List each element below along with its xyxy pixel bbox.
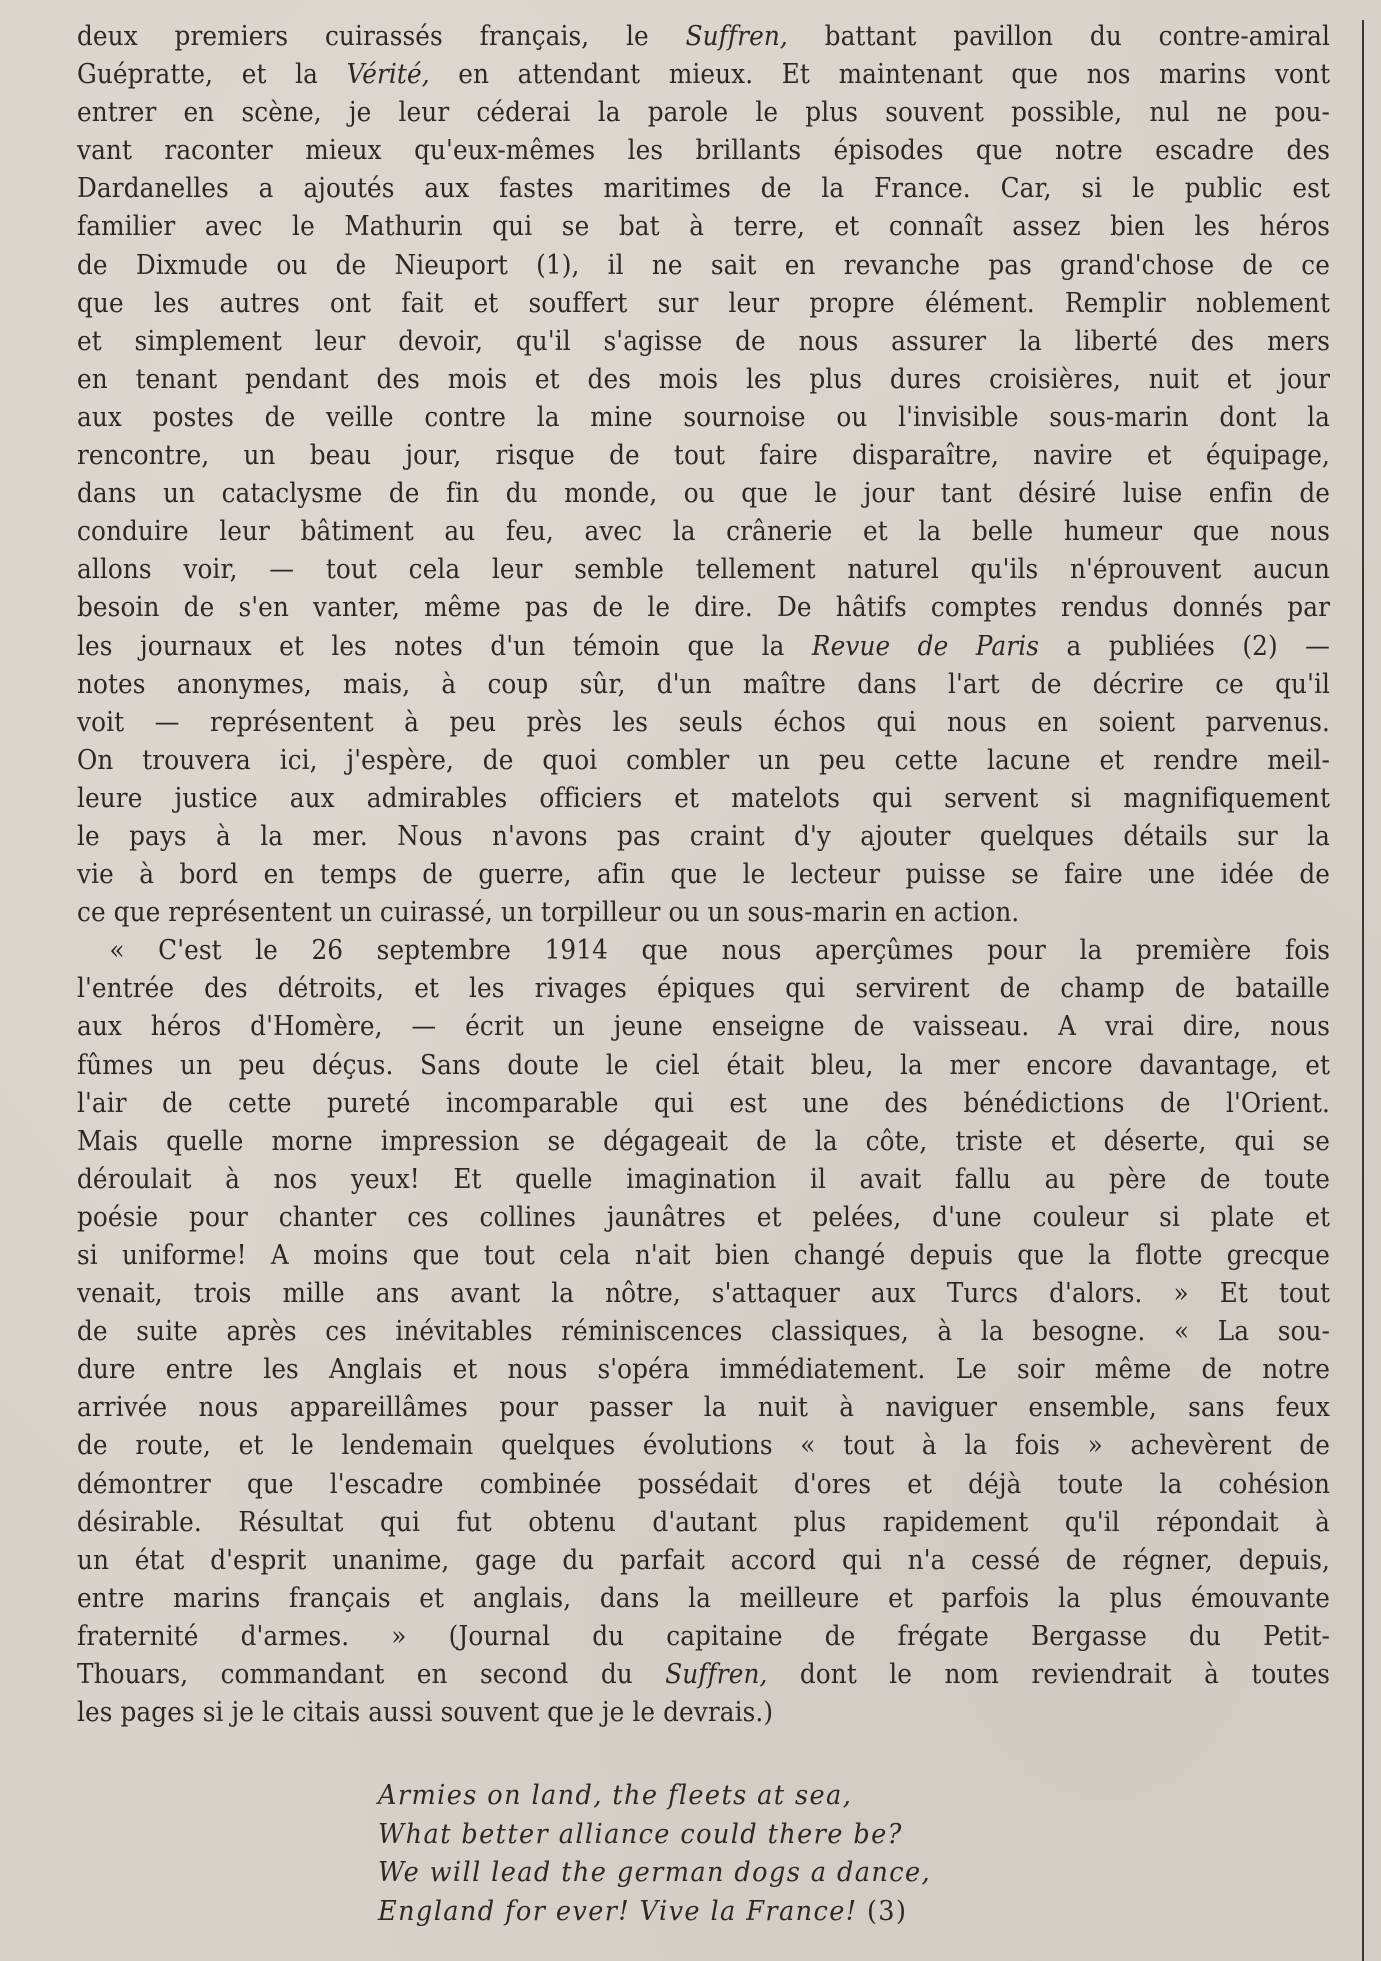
- text-line: fraternité d'armes. » (Journal du capita…: [77, 1617, 1330, 1655]
- margin-rule: [1362, 20, 1364, 1961]
- text-line-segment: entrer en scène, je leur céderai la paro…: [77, 96, 1330, 128]
- text-line-segment: vant raconter mieux qu'eux-mêmes les bri…: [77, 134, 1330, 166]
- text-line: dans un cataclysme de fin du monde, ou q…: [77, 474, 1330, 512]
- italic-title: Revue de Paris: [812, 630, 1039, 662]
- text-line-segment: Dardanelles a ajoutés aux fastes maritim…: [77, 172, 1330, 204]
- text-line: dure entre les Anglais et nous s'opéra i…: [77, 1350, 1330, 1388]
- text-line-segment: ce que représentent un cuirassé, un torp…: [77, 896, 1019, 928]
- text-line: « C'est le 26 septembre 1914 que nous ap…: [77, 931, 1330, 969]
- text-line: conduire leur bâtiment au feu, avec la c…: [77, 512, 1330, 550]
- verse-line: What better alliance could there be?: [378, 1815, 1029, 1854]
- text-line: vant raconter mieux qu'eux-mêmes les bri…: [77, 131, 1330, 169]
- text-line: l'entrée des détroits, et les rivages ép…: [77, 969, 1330, 1007]
- text-line-segment: déroulait à nos yeux! Et quelle imaginat…: [77, 1163, 1330, 1195]
- footnote-ref: (3): [857, 1895, 907, 1927]
- italic-title: Suffren,: [686, 20, 788, 52]
- text-line: de suite après ces inévitables réminisce…: [77, 1312, 1330, 1350]
- text-line-segment: entre marins français et anglais, dans l…: [77, 1582, 1330, 1614]
- text-line: Thouars, commandant en second du Suffren…: [77, 1655, 1330, 1693]
- text-line: aux héros d'Homère, — écrit un jeune ens…: [77, 1007, 1330, 1045]
- text-line-segment: dure entre les Anglais et nous s'opéra i…: [77, 1353, 1330, 1385]
- text-line: notes anonymes, mais, à coup sûr, d'un m…: [77, 665, 1330, 703]
- text-line-segment: le pays à la mer. Nous n'avons pas crain…: [77, 820, 1330, 852]
- text-line-segment: en attendant mieux. Et maintenant que no…: [430, 58, 1330, 90]
- text-line: en tenant pendant des mois et des mois l…: [77, 360, 1330, 398]
- text-line-segment: venait, trois mille ans avant la nôtre, …: [77, 1277, 1330, 1309]
- text-line: leure justice aux admirables officiers e…: [77, 779, 1330, 817]
- text-line-segment: un état d'esprit unanime, gage du parfai…: [77, 1544, 1330, 1576]
- text-line-segment: leure justice aux admirables officiers e…: [77, 782, 1330, 814]
- verse-text: What better alliance could there be?: [378, 1818, 903, 1850]
- text-line-segment: les pages si je le citais aussi souvent …: [77, 1696, 773, 1728]
- scanned-page: deux premiers cuirassés français, le Suf…: [0, 0, 1381, 1961]
- text-line-segment: Thouars, commandant en second du: [77, 1658, 665, 1690]
- text-line-segment: Mais quelle morne impression se dégageai…: [77, 1125, 1330, 1157]
- text-line-segment: On trouvera ici, j'espère, de quoi combl…: [77, 744, 1330, 776]
- text-line: deux premiers cuirassés français, le Suf…: [77, 17, 1330, 55]
- text-line: démontrer que l'escadre combinée posséda…: [77, 1465, 1330, 1503]
- text-line: voit — représentent à peu près les seuls…: [77, 703, 1330, 741]
- text-line: entrer en scène, je leur céderai la paro…: [77, 93, 1330, 131]
- text-line: le pays à la mer. Nous n'avons pas crain…: [77, 817, 1330, 855]
- text-line: On trouvera ici, j'espère, de quoi combl…: [77, 741, 1330, 779]
- text-line-segment: « C'est le 26 septembre 1914 que nous ap…: [109, 934, 1330, 966]
- text-line-segment: l'air de cette pureté incomparable qui e…: [77, 1087, 1330, 1119]
- text-line-segment: aux postes de veille contre la mine sour…: [77, 401, 1330, 433]
- text-line-segment: besoin de s'en vanter, même pas de le di…: [77, 591, 1330, 623]
- text-line-segment: que les autres ont fait et souffert sur …: [77, 287, 1330, 319]
- text-line: poésie pour chanter ces collines jaunâtr…: [77, 1198, 1330, 1236]
- text-line: que les autres ont fait et souffert sur …: [77, 284, 1330, 322]
- text-line: fûmes un peu déçus. Sans doute le ciel é…: [77, 1046, 1330, 1084]
- text-line: les pages si je le citais aussi souvent …: [77, 1693, 1330, 1731]
- text-line-segment: de Dixmude ou de Nieuport (1), il ne sai…: [77, 249, 1330, 281]
- text-line-segment: arrivée nous appareillâmes pour passer l…: [77, 1391, 1330, 1423]
- text-line-segment: les journaux et les notes d'un témoin qu…: [77, 630, 812, 662]
- text-line-segment: vie à bord en temps de guerre, afin que …: [77, 858, 1330, 890]
- text-line: Dardanelles a ajoutés aux fastes maritim…: [77, 169, 1330, 207]
- text-line-segment: désirable. Résultat qui fut obtenu d'aut…: [77, 1506, 1330, 1538]
- text-line-segment: fûmes un peu déçus. Sans doute le ciel é…: [77, 1049, 1330, 1081]
- text-line-segment: en tenant pendant des mois et des mois l…: [77, 363, 1330, 395]
- italic-title: Suffren,: [665, 1658, 767, 1690]
- text-line: Mais quelle morne impression se dégageai…: [77, 1122, 1330, 1160]
- text-line: ce que représentent un cuirassé, un torp…: [77, 893, 1330, 931]
- verse-text: Armies on land, the fleets at sea,: [378, 1779, 852, 1811]
- verse-quote: Armies on land, the fleets at sea,What b…: [378, 1776, 1078, 1930]
- text-line-segment: battant pavillon du contre-amiral: [788, 20, 1330, 52]
- text-line-segment: de suite après ces inévitables réminisce…: [77, 1315, 1330, 1347]
- text-line-segment: et simplement leur devoir, qu'il s'agiss…: [77, 325, 1330, 357]
- text-line-segment: notes anonymes, mais, à coup sûr, d'un m…: [77, 668, 1330, 700]
- text-line-segment: conduire leur bâtiment au feu, avec la c…: [77, 515, 1330, 547]
- text-line: aux postes de veille contre la mine sour…: [77, 398, 1330, 436]
- text-line-segment: voit — représentent à peu près les seuls…: [77, 706, 1330, 738]
- text-line: Guépratte, et la Vérité, en attendant mi…: [77, 55, 1330, 93]
- text-line: et simplement leur devoir, qu'il s'agiss…: [77, 322, 1330, 360]
- text-line-segment: rencontre, un beau jour, risque de tout …: [77, 439, 1330, 471]
- italic-title: Vérité,: [347, 58, 430, 90]
- text-line-segment: dans un cataclysme de fin du monde, ou q…: [77, 477, 1330, 509]
- text-line: entre marins français et anglais, dans l…: [77, 1579, 1330, 1617]
- text-line: rencontre, un beau jour, risque de tout …: [77, 436, 1330, 474]
- text-line: si uniforme! A moins que tout cela n'ait…: [77, 1236, 1330, 1274]
- verse-line: Armies on land, the fleets at sea,: [378, 1776, 1029, 1815]
- body-text: deux premiers cuirassés français, le Suf…: [77, 17, 1329, 1731]
- text-line-segment: dont le nom reviendrait à toutes: [767, 1658, 1330, 1690]
- text-line-segment: aux héros d'Homère, — écrit un jeune ens…: [77, 1010, 1330, 1042]
- text-line-segment: si uniforme! A moins que tout cela n'ait…: [77, 1239, 1330, 1271]
- text-line-segment: poésie pour chanter ces collines jaunâtr…: [77, 1201, 1330, 1233]
- text-line-segment: fraternité d'armes. » (Journal du capita…: [77, 1620, 1330, 1652]
- text-line: déroulait à nos yeux! Et quelle imaginat…: [77, 1160, 1330, 1198]
- verse-line: England for ever! Vive la France! (3): [378, 1892, 1029, 1931]
- text-line: de Dixmude ou de Nieuport (1), il ne sai…: [77, 246, 1330, 284]
- text-line: un état d'esprit unanime, gage du parfai…: [77, 1541, 1330, 1579]
- text-line: venait, trois mille ans avant la nôtre, …: [77, 1274, 1330, 1312]
- text-line: l'air de cette pureté incomparable qui e…: [77, 1084, 1330, 1122]
- text-line-segment: familier avec le Mathurin qui se bat à t…: [77, 210, 1330, 242]
- text-line: allons voir, — tout cela leur semble tel…: [77, 550, 1330, 588]
- text-line-segment: a publiées (2) —: [1039, 630, 1330, 662]
- text-line-segment: de route, et le lendemain quelques évolu…: [77, 1429, 1330, 1461]
- text-line: besoin de s'en vanter, même pas de le di…: [77, 588, 1330, 626]
- text-line: désirable. Résultat qui fut obtenu d'aut…: [77, 1503, 1330, 1541]
- text-line: vie à bord en temps de guerre, afin que …: [77, 855, 1330, 893]
- text-line-segment: Guépratte, et la: [77, 58, 347, 90]
- text-line: familier avec le Mathurin qui se bat à t…: [77, 207, 1330, 245]
- verse-line: We will lead the german dogs a dance,: [378, 1853, 1029, 1892]
- verse-text: We will lead the german dogs a dance,: [378, 1856, 931, 1888]
- text-line-segment: allons voir, — tout cela leur semble tel…: [77, 553, 1330, 585]
- text-line-segment: deux premiers cuirassés français, le: [77, 20, 686, 52]
- text-line: de route, et le lendemain quelques évolu…: [77, 1426, 1330, 1464]
- text-line-segment: démontrer que l'escadre combinée posséda…: [77, 1468, 1330, 1500]
- text-line: arrivée nous appareillâmes pour passer l…: [77, 1388, 1330, 1426]
- verse-text: England for ever! Vive la France!: [378, 1895, 857, 1927]
- text-line: les journaux et les notes d'un témoin qu…: [77, 627, 1330, 665]
- text-line-segment: l'entrée des détroits, et les rivages ép…: [77, 972, 1330, 1004]
